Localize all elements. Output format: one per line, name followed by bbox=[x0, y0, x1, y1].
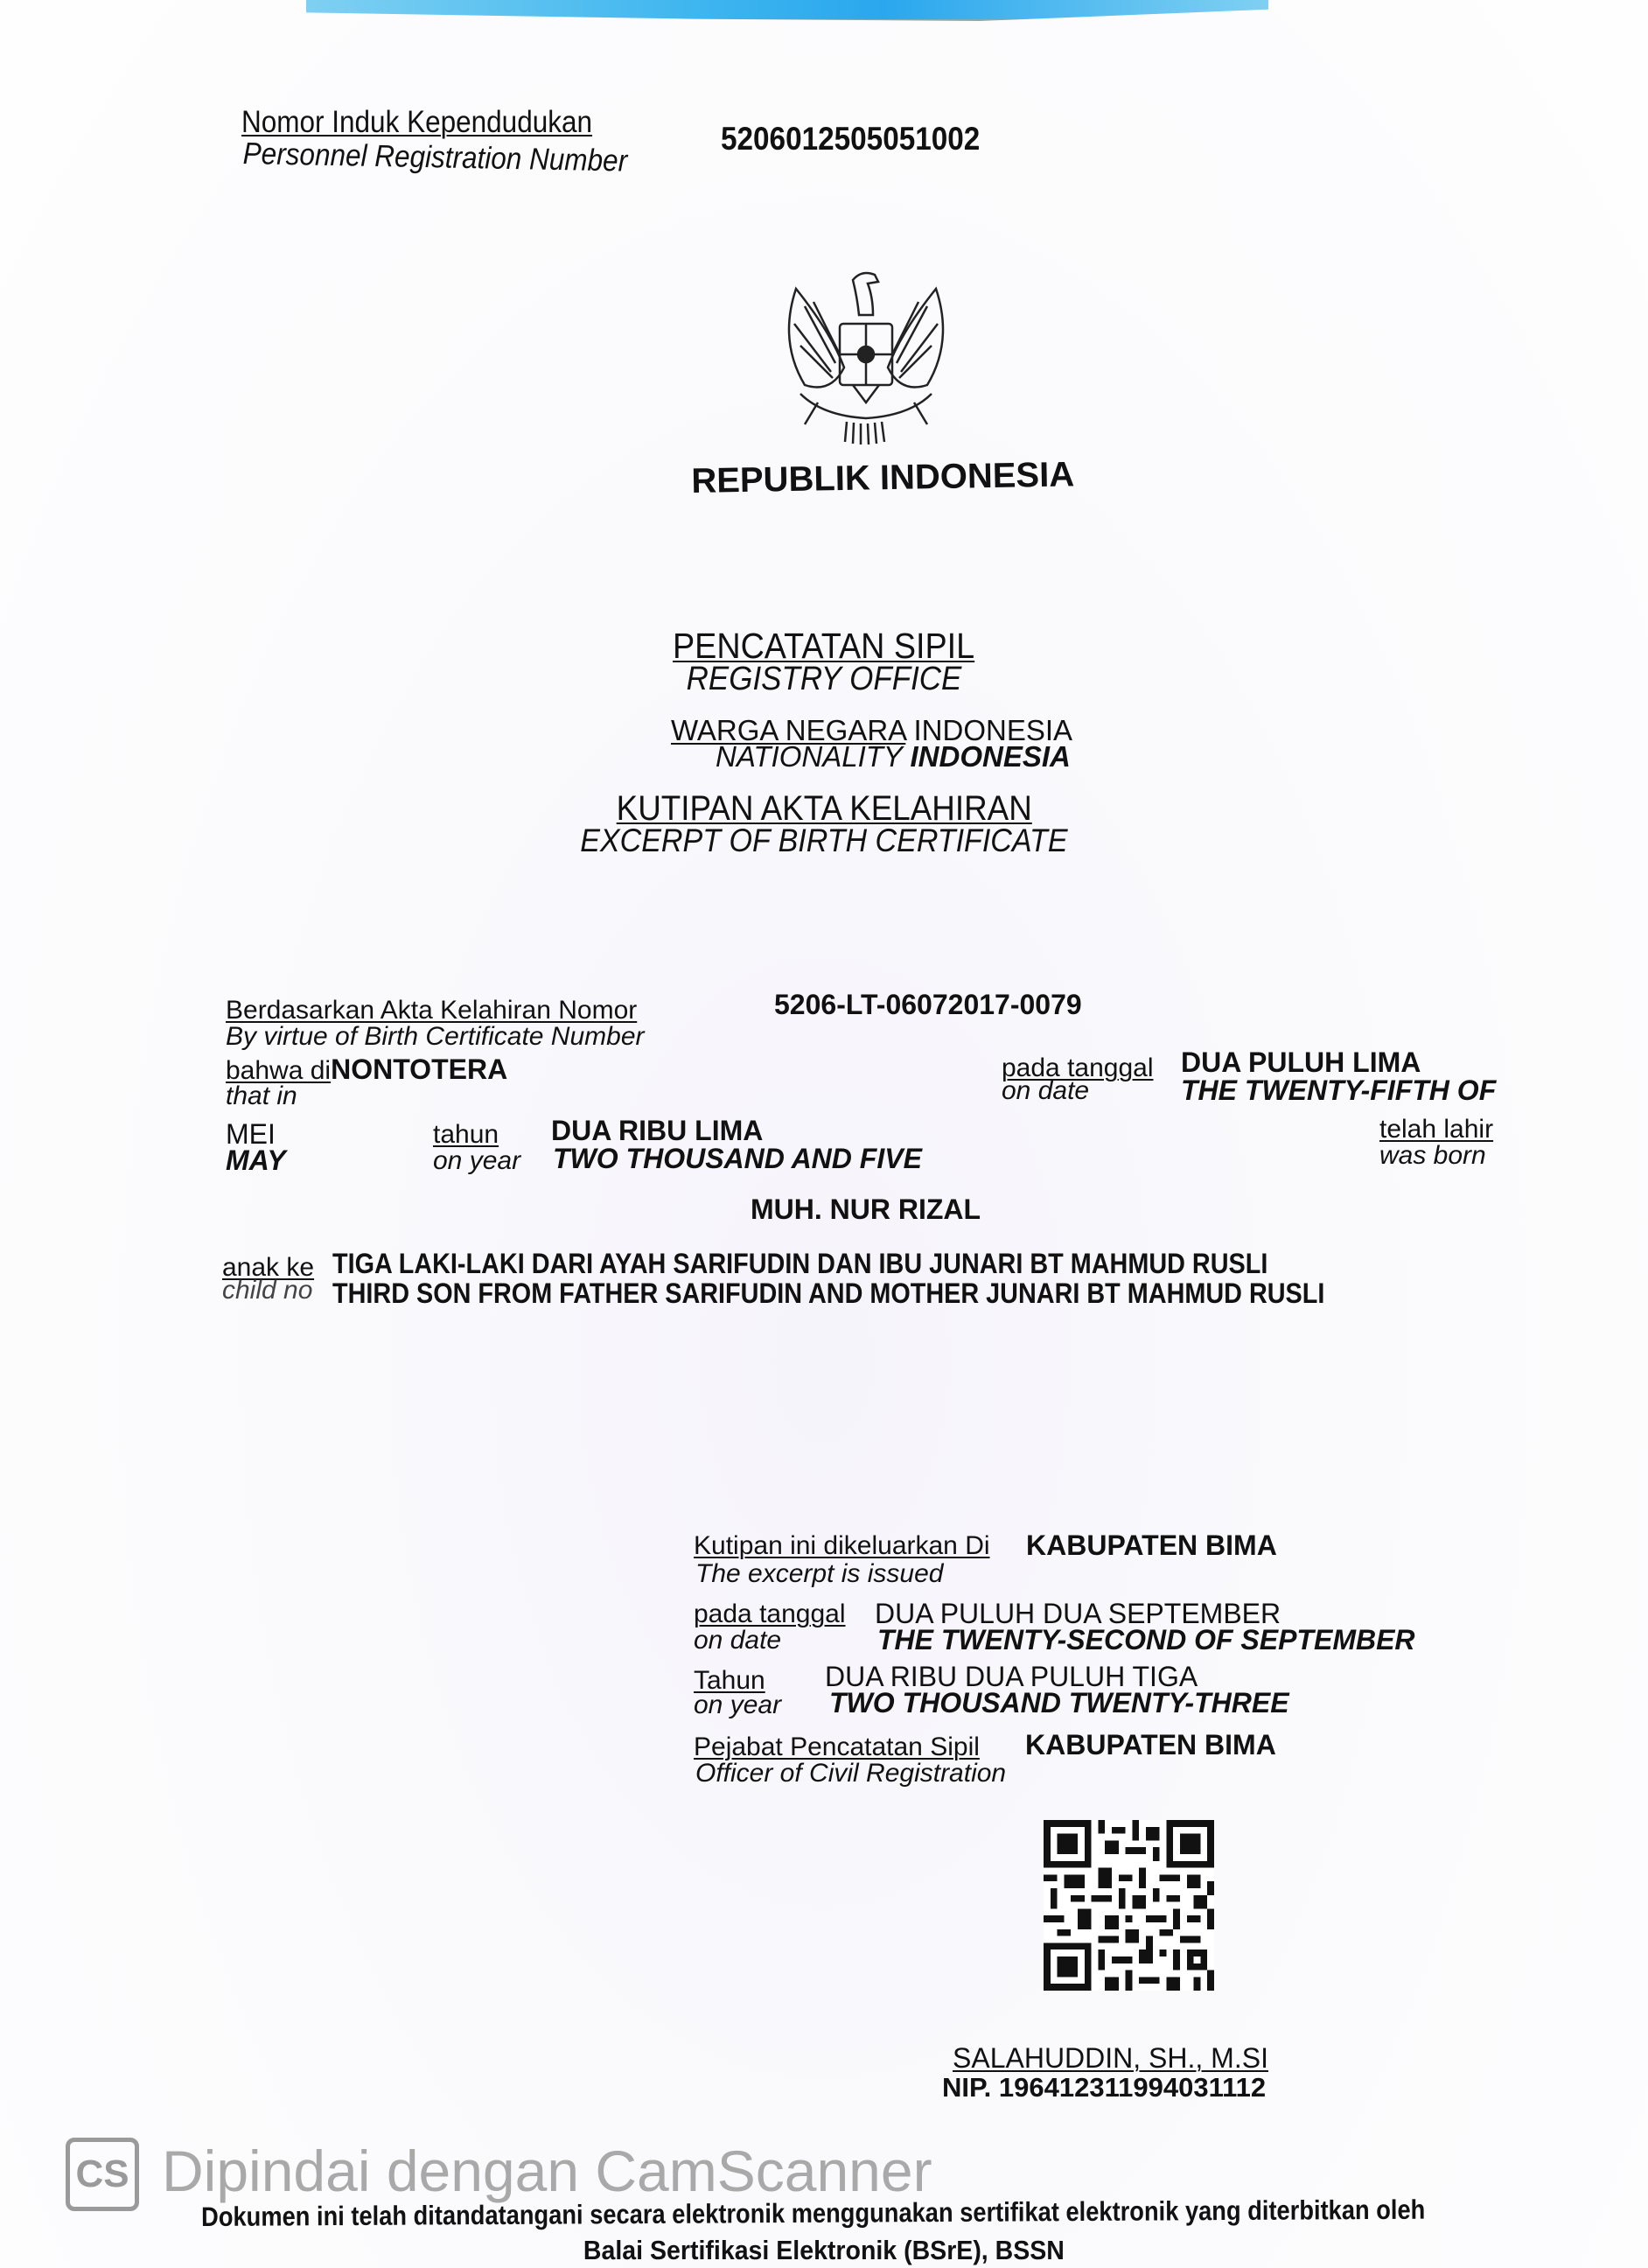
footer-line-2-text: Balai Sertifikasi Elektronik (BSrE), BSS… bbox=[583, 2236, 1065, 2264]
document-title: KUTIPAN AKTA KELAHIRAN bbox=[0, 791, 1648, 826]
office-label-text: PENCATATAN SIPIL bbox=[673, 628, 974, 664]
camscanner-logo-icon: CS bbox=[66, 2138, 139, 2211]
registry-office-label-en: REGISTRY OFFICE bbox=[0, 662, 1648, 696]
birth-day-value-en: THE TWENTY-FIFTH OF bbox=[1181, 1076, 1496, 1104]
birth-place-row: bahwa diNONTOTERA bbox=[226, 1055, 507, 1084]
birth-year-label-en: on year bbox=[433, 1148, 520, 1174]
cert-no-value: 5206-LT-06072017-0079 bbox=[774, 990, 1082, 1018]
issue-date-label-en: on date bbox=[694, 1627, 781, 1654]
document-title-en-text: EXCERPT OF BIRTH CERTIFICATE bbox=[580, 824, 1067, 857]
nationality-label-en: NATIONALITY bbox=[716, 740, 902, 773]
issue-year-label-en: on year bbox=[694, 1692, 781, 1718]
office-label-en-text: REGISTRY OFFICE bbox=[687, 662, 962, 696]
born-label: telah lahir bbox=[1379, 1116, 1493, 1143]
nik-label-en: Personnel Registration Number bbox=[242, 138, 627, 177]
cert-no-label: Berdasarkan Akta Kelahiran Nomor bbox=[226, 997, 637, 1024]
nik-label: Nomor Induk Kependudukan bbox=[241, 107, 592, 137]
nationality-row-en: NATIONALITY INDONESIA bbox=[716, 742, 1071, 771]
officer-region-value: KABUPATEN BIMA bbox=[1025, 1731, 1276, 1759]
nik-value: 5206012505051002 bbox=[721, 122, 980, 155]
birth-year-value: DUA RIBU LIMA bbox=[551, 1116, 763, 1144]
officer-label: Pejabat Pencatatan Sipil bbox=[694, 1734, 980, 1760]
signatory-name: SALAHUDDIN, SH., M.SI bbox=[953, 2044, 1268, 2072]
child-order-label-en: child no bbox=[222, 1277, 312, 1304]
document-title-text: KUTIPAN AKTA KELAHIRAN bbox=[616, 791, 1031, 826]
issue-place-label-en: The excerpt is issued bbox=[695, 1561, 943, 1587]
signatory-nip: NIP. 196412311994031112 bbox=[942, 2074, 1266, 2101]
born-label-en: was born bbox=[1379, 1143, 1486, 1169]
qr-code-icon[interactable] bbox=[1044, 1820, 1214, 1991]
issue-place-value: KABUPATEN BIMA bbox=[1026, 1531, 1277, 1559]
birth-month-en: MAY bbox=[226, 1146, 286, 1174]
footer-line-2: Balai Sertifikasi Elektronik (BSrE), BSS… bbox=[0, 2236, 1648, 2264]
child-order-value-en: THIRD SON FROM FATHER SARIFUDIN AND MOTH… bbox=[332, 1279, 1324, 1307]
child-order-value: TIGA LAKI-LAKI DARI AYAH SARIFUDIN DAN I… bbox=[332, 1249, 1267, 1277]
garuda-emblem-icon bbox=[770, 262, 962, 455]
footer-line-1: Dokumen ini telah ditandatangani secara … bbox=[201, 2196, 1425, 2230]
birth-date-label-en: on date bbox=[1002, 1078, 1089, 1104]
country-title: REPUBLIK INDONESIA bbox=[691, 457, 1074, 499]
document-title-en: EXCERPT OF BIRTH CERTIFICATE bbox=[0, 824, 1648, 857]
issue-year-value-en: TWO THOUSAND TWENTY-THREE bbox=[829, 1689, 1289, 1717]
cert-no-label-en: By virtue of Birth Certificate Number bbox=[226, 1024, 645, 1050]
camscanner-watermark: Dipindai dengan CamScanner bbox=[162, 2142, 932, 2200]
officer-label-en: Officer of Civil Registration bbox=[695, 1760, 1006, 1787]
birth-day-value: DUA PULUH LIMA bbox=[1181, 1048, 1421, 1076]
birth-year-label: tahun bbox=[433, 1122, 499, 1148]
registry-office-label: PENCATATAN SIPIL bbox=[0, 628, 1648, 664]
issue-date-label: pada tanggal bbox=[694, 1601, 846, 1627]
birth-year-value-en: TWO THOUSAND AND FIVE bbox=[553, 1144, 922, 1172]
issue-date-value-en: THE TWENTY-SECOND OF SEPTEMBER bbox=[877, 1626, 1415, 1654]
child-name: MUH. NUR RIZAL bbox=[751, 1195, 981, 1223]
birth-place-value: NONTOTERA bbox=[331, 1053, 507, 1085]
nationality-value-en: INDONESIA bbox=[911, 740, 1071, 773]
camscanner-logo-text: CS bbox=[75, 2152, 129, 2196]
birth-place-label-en: that in bbox=[226, 1083, 297, 1109]
issue-place-label: Kutipan ini dikeluarkan Di bbox=[694, 1533, 990, 1559]
